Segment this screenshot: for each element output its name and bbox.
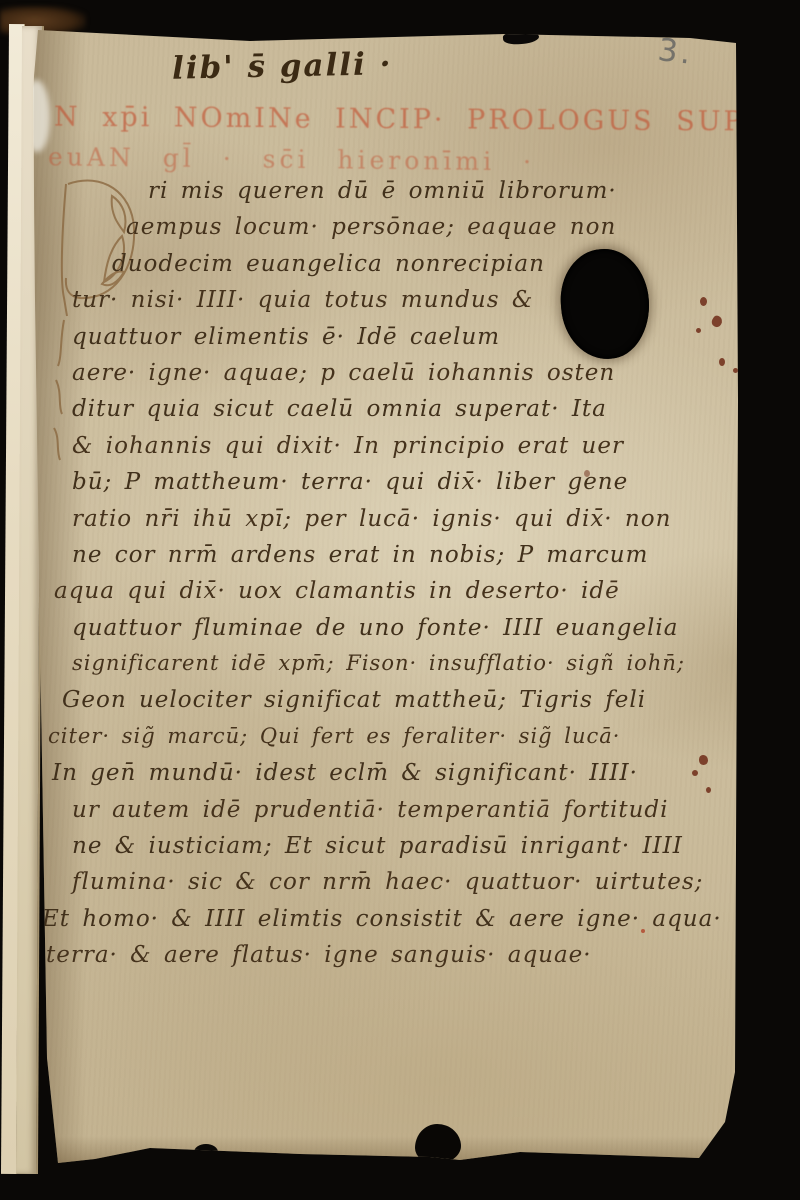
bottom-tear [415, 1124, 461, 1164]
manuscript-text-line: quattuor fluminae de uno fonte· IIII eua… [72, 615, 716, 651]
ink-stain [700, 297, 707, 306]
manuscript-text-line: flumina· sic & cor nrm̄ haec· quattuor· … [72, 869, 716, 905]
photo-background: { "background_color": "#0a0806", "parchm… [0, 0, 800, 1200]
library-mark: lib' s̄ galli · [172, 45, 433, 86]
top-edge-mark [503, 29, 540, 45]
ink-stain [699, 755, 708, 765]
page-bottom-edge-shading [0, 1136, 800, 1170]
manuscript-text-line: ur autem idē prudentiā· temperantiā fort… [72, 797, 716, 833]
manuscript-text-line: ratio nr̄i ihū xpī; per lucā· ignis· qui… [72, 506, 716, 542]
manuscript-text-line: aere· igne· aquae; p caelū iohannis oste… [72, 360, 716, 396]
manuscript-text-line: ne cor nrm̄ ardens erat in nobis; P marc… [72, 542, 716, 578]
manuscript-text-line: ri mis queren dū ē omniū librorum· [148, 178, 716, 214]
folio-number: 3. [656, 32, 696, 72]
page-top-edge-shading [0, 0, 800, 26]
manuscript-text-line: Et homo· & IIII elimtis consistit & aere… [42, 906, 716, 942]
ink-stain [584, 470, 590, 477]
manuscript-text-line: significarent idē xpm̄; Fison· insufflat… [72, 651, 716, 687]
ink-stain [692, 770, 698, 776]
manuscript-text-line: aqua qui dix̄· uox clamantis in deserto·… [54, 578, 716, 614]
bottom-notch [194, 1144, 218, 1160]
manuscript-text-line: & iohannis qui dixit· In principio erat … [72, 433, 716, 469]
ink-stain [706, 787, 711, 793]
manuscript-text-line: In gen̄ mundū· idest eclm̄ & significant… [52, 760, 716, 796]
ink-stain [696, 328, 701, 333]
manuscript-text-line: aempus locum· persōnae; eaquae non [126, 214, 716, 250]
manuscript-text-line: Geon uelociter significat mattheū; Tigri… [62, 687, 716, 723]
manuscript-text-line: ne & iusticiam; Et sicut paradisū inriga… [72, 833, 716, 869]
ink-stain [719, 358, 725, 366]
manuscript-text-line: bū; P mattheum· terra· qui dix̄· liber g… [72, 469, 716, 505]
manuscript-text-line: ditur quia sicut caelū omnia superat· It… [72, 396, 716, 432]
manuscript-page: lib' s̄ galli · N xp̄i NOmINe INCIP· PRO… [0, 0, 800, 1200]
manuscript-text-line: citer· sig̃ marcū; Qui fert es feraliter… [48, 724, 716, 760]
ink-stain [733, 368, 738, 373]
rubric-line-1: N xp̄i NOmINe INCIP· PROLOGUS SUP [54, 102, 724, 138]
manuscript-text-line: terra· & aere flatus· igne sanguis· aqua… [46, 942, 716, 978]
red-speck [641, 929, 645, 933]
